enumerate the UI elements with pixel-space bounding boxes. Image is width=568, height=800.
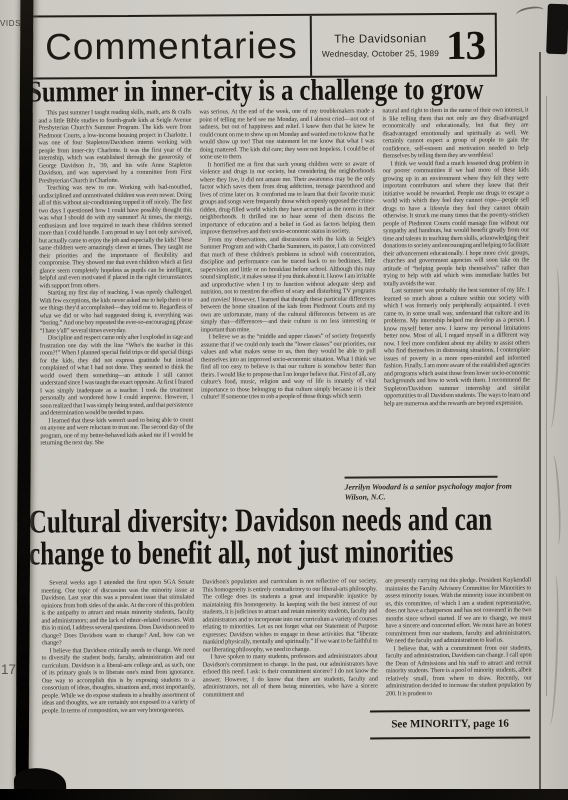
article-paragraph: It horrified me at first that such young…	[200, 160, 375, 236]
continuation-notice: See MINORITY, page 16	[370, 710, 530, 740]
section-masthead: Commentaries The Davidsonian Wednesday, …	[31, 13, 497, 80]
article1-headline-text: Summer in inner-city is a challenge to g…	[28, 73, 483, 110]
article-paragraph: Last summer was probably the best summer…	[383, 286, 530, 407]
article1-column1: This past summer I taught reading skills…	[38, 109, 193, 464]
article-paragraph: I believe we as the “middle and upper cl…	[201, 332, 376, 401]
article-paragraph: Discipline and respect came only after I…	[40, 334, 194, 417]
article-paragraph: I think we would find a much lessened dr…	[383, 159, 530, 287]
article-paragraph: I believe that Davidson critically needs…	[42, 646, 195, 714]
article-paragraph: I learned that these kids weren't used t…	[40, 416, 193, 447]
section-title: Commentaries	[45, 25, 298, 69]
article1-column2: was serious. At the end of the week, one…	[199, 107, 376, 462]
article-paragraph: Starting my first day of teaching, I was…	[39, 289, 192, 335]
article-paragraph: I believe that, with a commitment from o…	[386, 644, 532, 697]
paper-info: The Davidsonian Wednesday, October 25, 1…	[322, 32, 439, 59]
article1-headline: Summer in inner-city is a challenge to g…	[28, 72, 568, 109]
paper-name: The Davidsonian	[322, 32, 439, 47]
article-paragraph: was serious. At the end of the week, one…	[199, 107, 374, 161]
article2-headline-line2: change to benefit all, not just minoriti…	[29, 536, 453, 570]
article-paragraph: are presently carrying out this pledge. …	[385, 576, 531, 644]
article2-column1: Several weeks ago I attended the first o…	[41, 579, 195, 746]
article-paragraph: Davidson's population and curriculum is …	[202, 577, 377, 653]
article2-column2: Davidson's population and curriculum is …	[202, 577, 378, 744]
article2-headline: Cultural diversity: Davidson needs and c…	[29, 504, 568, 571]
masthead-left: Commentaries	[33, 16, 312, 78]
article-paragraph: I have spoken to many students, professo…	[203, 652, 378, 698]
issue-date: Wednesday, October 25, 1989	[322, 48, 439, 59]
byline-divider-rule	[345, 476, 498, 478]
article-paragraph: natural and right to them in the name of…	[382, 107, 528, 160]
article1-byline: Jerrilyn Woodard is a senior psychology …	[345, 482, 513, 502]
article-paragraph: From my observations, and discussions wi…	[200, 235, 376, 334]
article-paragraph: Several weeks ago I attended the first o…	[41, 579, 194, 647]
scan-edge-line	[539, 52, 541, 789]
printed-page-content: Commentaries The Davidsonian Wednesday, …	[0, 0, 568, 800]
article-paragraph: This past summer I taught reading skills…	[38, 109, 191, 185]
article1-body: This past summer I taught reading skills…	[38, 107, 530, 464]
masthead-right: The Davidsonian Wednesday, October 25, 1…	[312, 15, 495, 76]
scan-top-right-blob	[546, 4, 568, 55]
scan-bottom-edge	[0, 789, 568, 800]
scanned-newspaper-page: VIDSON 170 Commentaries The Davidsonian …	[0, 0, 568, 800]
article1-column3: natural and right to them in the name of…	[382, 107, 530, 462]
page-number: 13	[446, 24, 485, 65]
article-paragraph: Teaching was new to me. Working with bad…	[39, 184, 193, 290]
